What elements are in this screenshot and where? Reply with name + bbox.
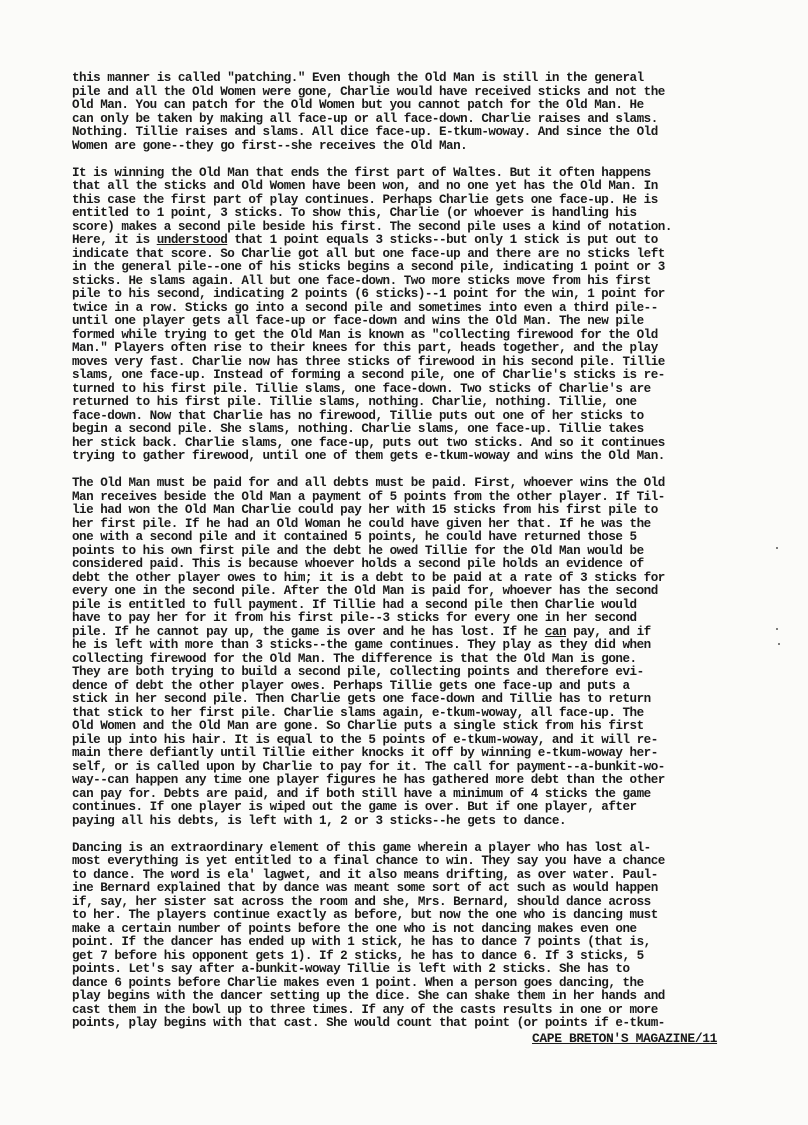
document-body: this manner is called "patching." Even t… — [72, 72, 792, 1044]
text-line: dance 6 points before Charlie makes even… — [72, 977, 792, 991]
text-line: self, or is called upon by Charlie to pa… — [72, 761, 792, 775]
text-line: entitled to 1 point, 3 sticks. To show t… — [72, 207, 792, 221]
paragraph: The Old Man must be paid for and all deb… — [72, 477, 792, 828]
text-line: pile to his second, indicating 2 points … — [72, 288, 792, 302]
text-line: to her. The players continue exactly as … — [72, 909, 792, 923]
text-line: formed while trying to get the Old Man i… — [72, 329, 792, 343]
text-line: one with a second pile and it contained … — [72, 531, 792, 545]
text-line: cast them in the bowl up to three times.… — [72, 1004, 792, 1018]
text-line: twice in a row. Sticks go into a second … — [72, 302, 792, 316]
text-line: Dancing is an extraordinary element of t… — [72, 842, 792, 856]
text-line: It is winning the Old Man that ends the … — [72, 167, 792, 181]
text-line: Nothing. Tillie raises and slams. All di… — [72, 126, 792, 140]
text-line: Women are gone--they go first--she recei… — [72, 140, 792, 154]
text-line: make a certain number of points before t… — [72, 923, 792, 937]
text-line: Old Women and the Old Man are gone. So C… — [72, 720, 792, 734]
text-line: that all the sticks and Old Women have b… — [72, 180, 792, 194]
text-line: points, play begins with that cast. She … — [72, 1017, 792, 1031]
text-line: to dance. The word is ela' lagwet, and i… — [72, 869, 792, 883]
text-line: moves very fast. Charlie now has three s… — [72, 356, 792, 370]
page-footer: CAPE BRETON'S MAGAZINE/11 — [532, 1031, 717, 1046]
paragraph: Dancing is an extraordinary element of t… — [72, 842, 792, 1031]
text-line: collecting firewood for the Old Man. The… — [72, 653, 792, 667]
text-line: Here, it is understood that 1 point equa… — [72, 234, 792, 248]
text-line: every one in the second pile. After the … — [72, 585, 792, 599]
text-line: pile and all the Old Women were gone, Ch… — [72, 86, 792, 100]
paragraph: It is winning the Old Man that ends the … — [72, 167, 792, 464]
text-line: this manner is called "patching." Even t… — [72, 72, 792, 86]
text-line: ine Bernard explained that by dance was … — [72, 882, 792, 896]
text-line: indicate that score. So Charlie got all … — [72, 248, 792, 262]
text-line: that stick to her first pile. Charlie sl… — [72, 707, 792, 721]
text-line: debt the other player owes to him; it is… — [72, 572, 792, 586]
text-line: points. Let's say after a-bunkit-woway T… — [72, 963, 792, 977]
text-line: this case the first part of play continu… — [72, 194, 792, 208]
text-line: point. If the dancer has ended up with 1… — [72, 936, 792, 950]
text-line: The Old Man must be paid for and all deb… — [72, 477, 792, 491]
text-line: way--can happen any time one player figu… — [72, 774, 792, 788]
text-line: have to pay her for it from his first pi… — [72, 612, 792, 626]
text-line: play begins with the dancer setting up t… — [72, 990, 792, 1004]
text-line: returned to his first pile. Tillie slams… — [72, 396, 792, 410]
text-line: pile is entitled to full payment. If Til… — [72, 599, 792, 613]
text-line: continues. If one player is wiped out th… — [72, 801, 792, 815]
text-line: in the general pile--one of his sticks b… — [72, 261, 792, 275]
text-line: Old Man. You can patch for the Old Women… — [72, 99, 792, 113]
text-line: trying to gather firewood, until one of … — [72, 450, 792, 464]
text-line: her stick back. Charlie slams, one face-… — [72, 437, 792, 451]
underlined-word: can — [545, 625, 566, 639]
paper-speck — [776, 628, 778, 630]
paper-speck — [776, 547, 778, 549]
text-line: get 7 before his opponent gets 1). If 2 … — [72, 950, 792, 964]
text-line: sticks. He slams again. All but one face… — [72, 275, 792, 289]
text-line: most everything is yet entitled to a fin… — [72, 855, 792, 869]
text-line: can pay for. Debts are paid, and if both… — [72, 788, 792, 802]
text-line: he is left with more than 3 sticks--the … — [72, 639, 792, 653]
text-line: begin a second pile. She slams, nothing.… — [72, 423, 792, 437]
text-line: Man." Players often rise to their knees … — [72, 342, 792, 356]
text-line: lie had won the Old Man Charlie could pa… — [72, 504, 792, 518]
text-line: paying all his debts, is left with 1, 2 … — [72, 815, 792, 829]
text-line: score) makes a second pile beside his fi… — [72, 221, 792, 235]
text-line: face-down. Now that Charlie has no firew… — [72, 410, 792, 424]
text-line: pile up into his hair. It is equal to th… — [72, 734, 792, 748]
paper-speck — [778, 643, 780, 645]
text-line: stick in her second pile. Then Charlie g… — [72, 693, 792, 707]
text-line: can only be taken by making all face-up … — [72, 113, 792, 127]
text-line: until one player gets all face-up or fac… — [72, 315, 792, 329]
text-line: They are both trying to build a second p… — [72, 666, 792, 680]
text-line: if, say, her sister sat across the room … — [72, 896, 792, 910]
text-line: dence of debt the other player owes. Per… — [72, 680, 792, 694]
text-line: her first pile. If he had an Old Woman h… — [72, 518, 792, 532]
text-line: Man receives beside the Old Man a paymen… — [72, 491, 792, 505]
underlined-word: understood — [157, 233, 228, 247]
text-line: slams, one face-up. Instead of forming a… — [72, 369, 792, 383]
paragraph: this manner is called "patching." Even t… — [72, 72, 792, 153]
text-line: considered paid. This is because whoever… — [72, 558, 792, 572]
text-line: main there defiantly until Tillie either… — [72, 747, 792, 761]
text-line: pile. If he cannot pay up, the game is o… — [72, 626, 792, 640]
text-line: points to his own first pile and the deb… — [72, 545, 792, 559]
text-line: turned to his first pile. Tillie slams, … — [72, 383, 792, 397]
